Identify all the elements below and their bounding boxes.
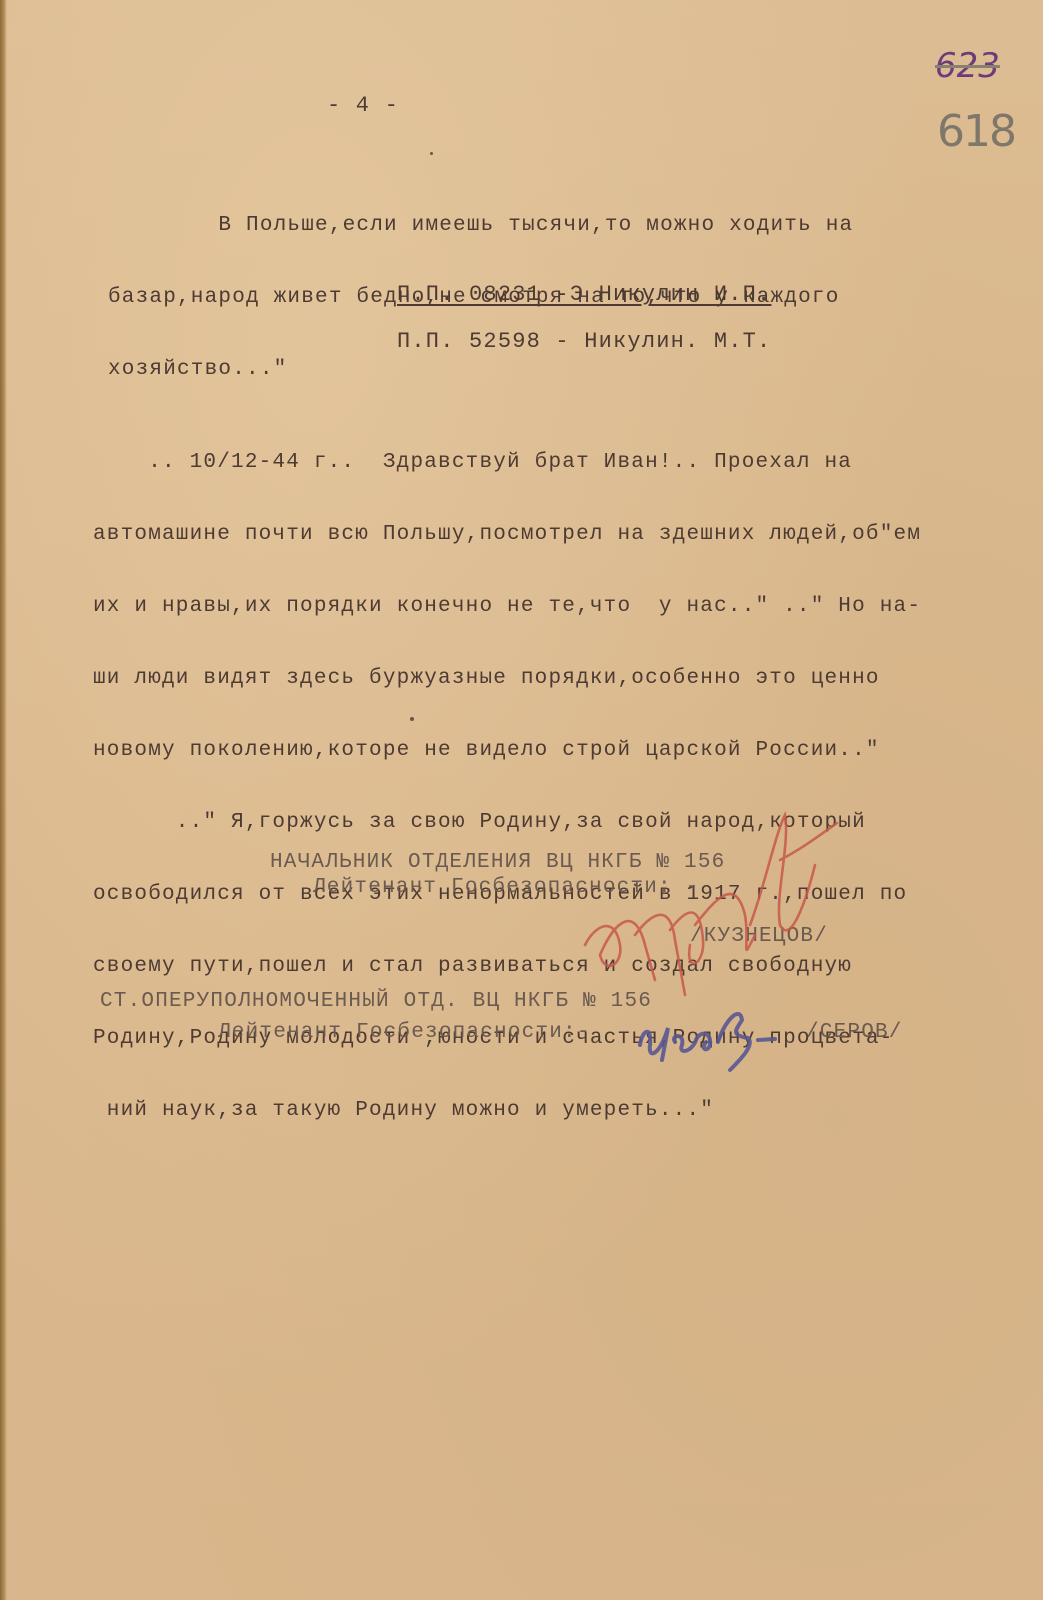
field-post-header-recipient: П.П. 52598 - Никулин. М.Т.	[397, 330, 771, 354]
archive-number-current: 618	[937, 106, 1015, 157]
signer-2-title: СТ.ОПЕРУПОЛНОМОЧЕННЫЙ ОТД. ВЦ НКГБ № 156	[100, 990, 652, 1014]
field-post-header-sender: П.П. 08231 -Э Никулин И.П.	[397, 283, 771, 307]
document-page: 623 618 - 4 - В Польше,если имеешь тысяч…	[0, 0, 1043, 1600]
signer-2-rank: Лейтенант Госбезопасности:-	[218, 1021, 591, 1045]
text-line: В Польше,если имеешь тысячи,то можно ход…	[108, 214, 853, 238]
paper-speck	[430, 152, 433, 155]
paper-speck	[410, 717, 414, 721]
text-line: автомашине почти всю Польшу,посмотрел на…	[93, 523, 921, 547]
page-binding-edge	[0, 0, 7, 1600]
text-line: ний наук,за такую Родину можно и умереть…	[93, 1099, 921, 1123]
text-line: новому поколению,которе не видело строй …	[93, 739, 921, 763]
blue-handwritten-signature-icon	[630, 1000, 800, 1080]
text-line: .. 10/12-44 г.. Здравствуй брат Иван!.. …	[93, 451, 921, 475]
page-number: - 4 -	[327, 94, 399, 118]
text-line: их и нравы,их порядки конечно не те,что …	[93, 595, 921, 619]
text-line: хозяйство..."	[108, 358, 853, 382]
signer-2-name: /СЕРОВ/	[806, 1021, 903, 1045]
red-handwritten-signature-icon	[575, 805, 845, 1005]
text-line: ши люди видят здесь буржуазные порядки,о…	[93, 667, 921, 691]
archive-number-crossed-out: 623	[935, 46, 1000, 86]
